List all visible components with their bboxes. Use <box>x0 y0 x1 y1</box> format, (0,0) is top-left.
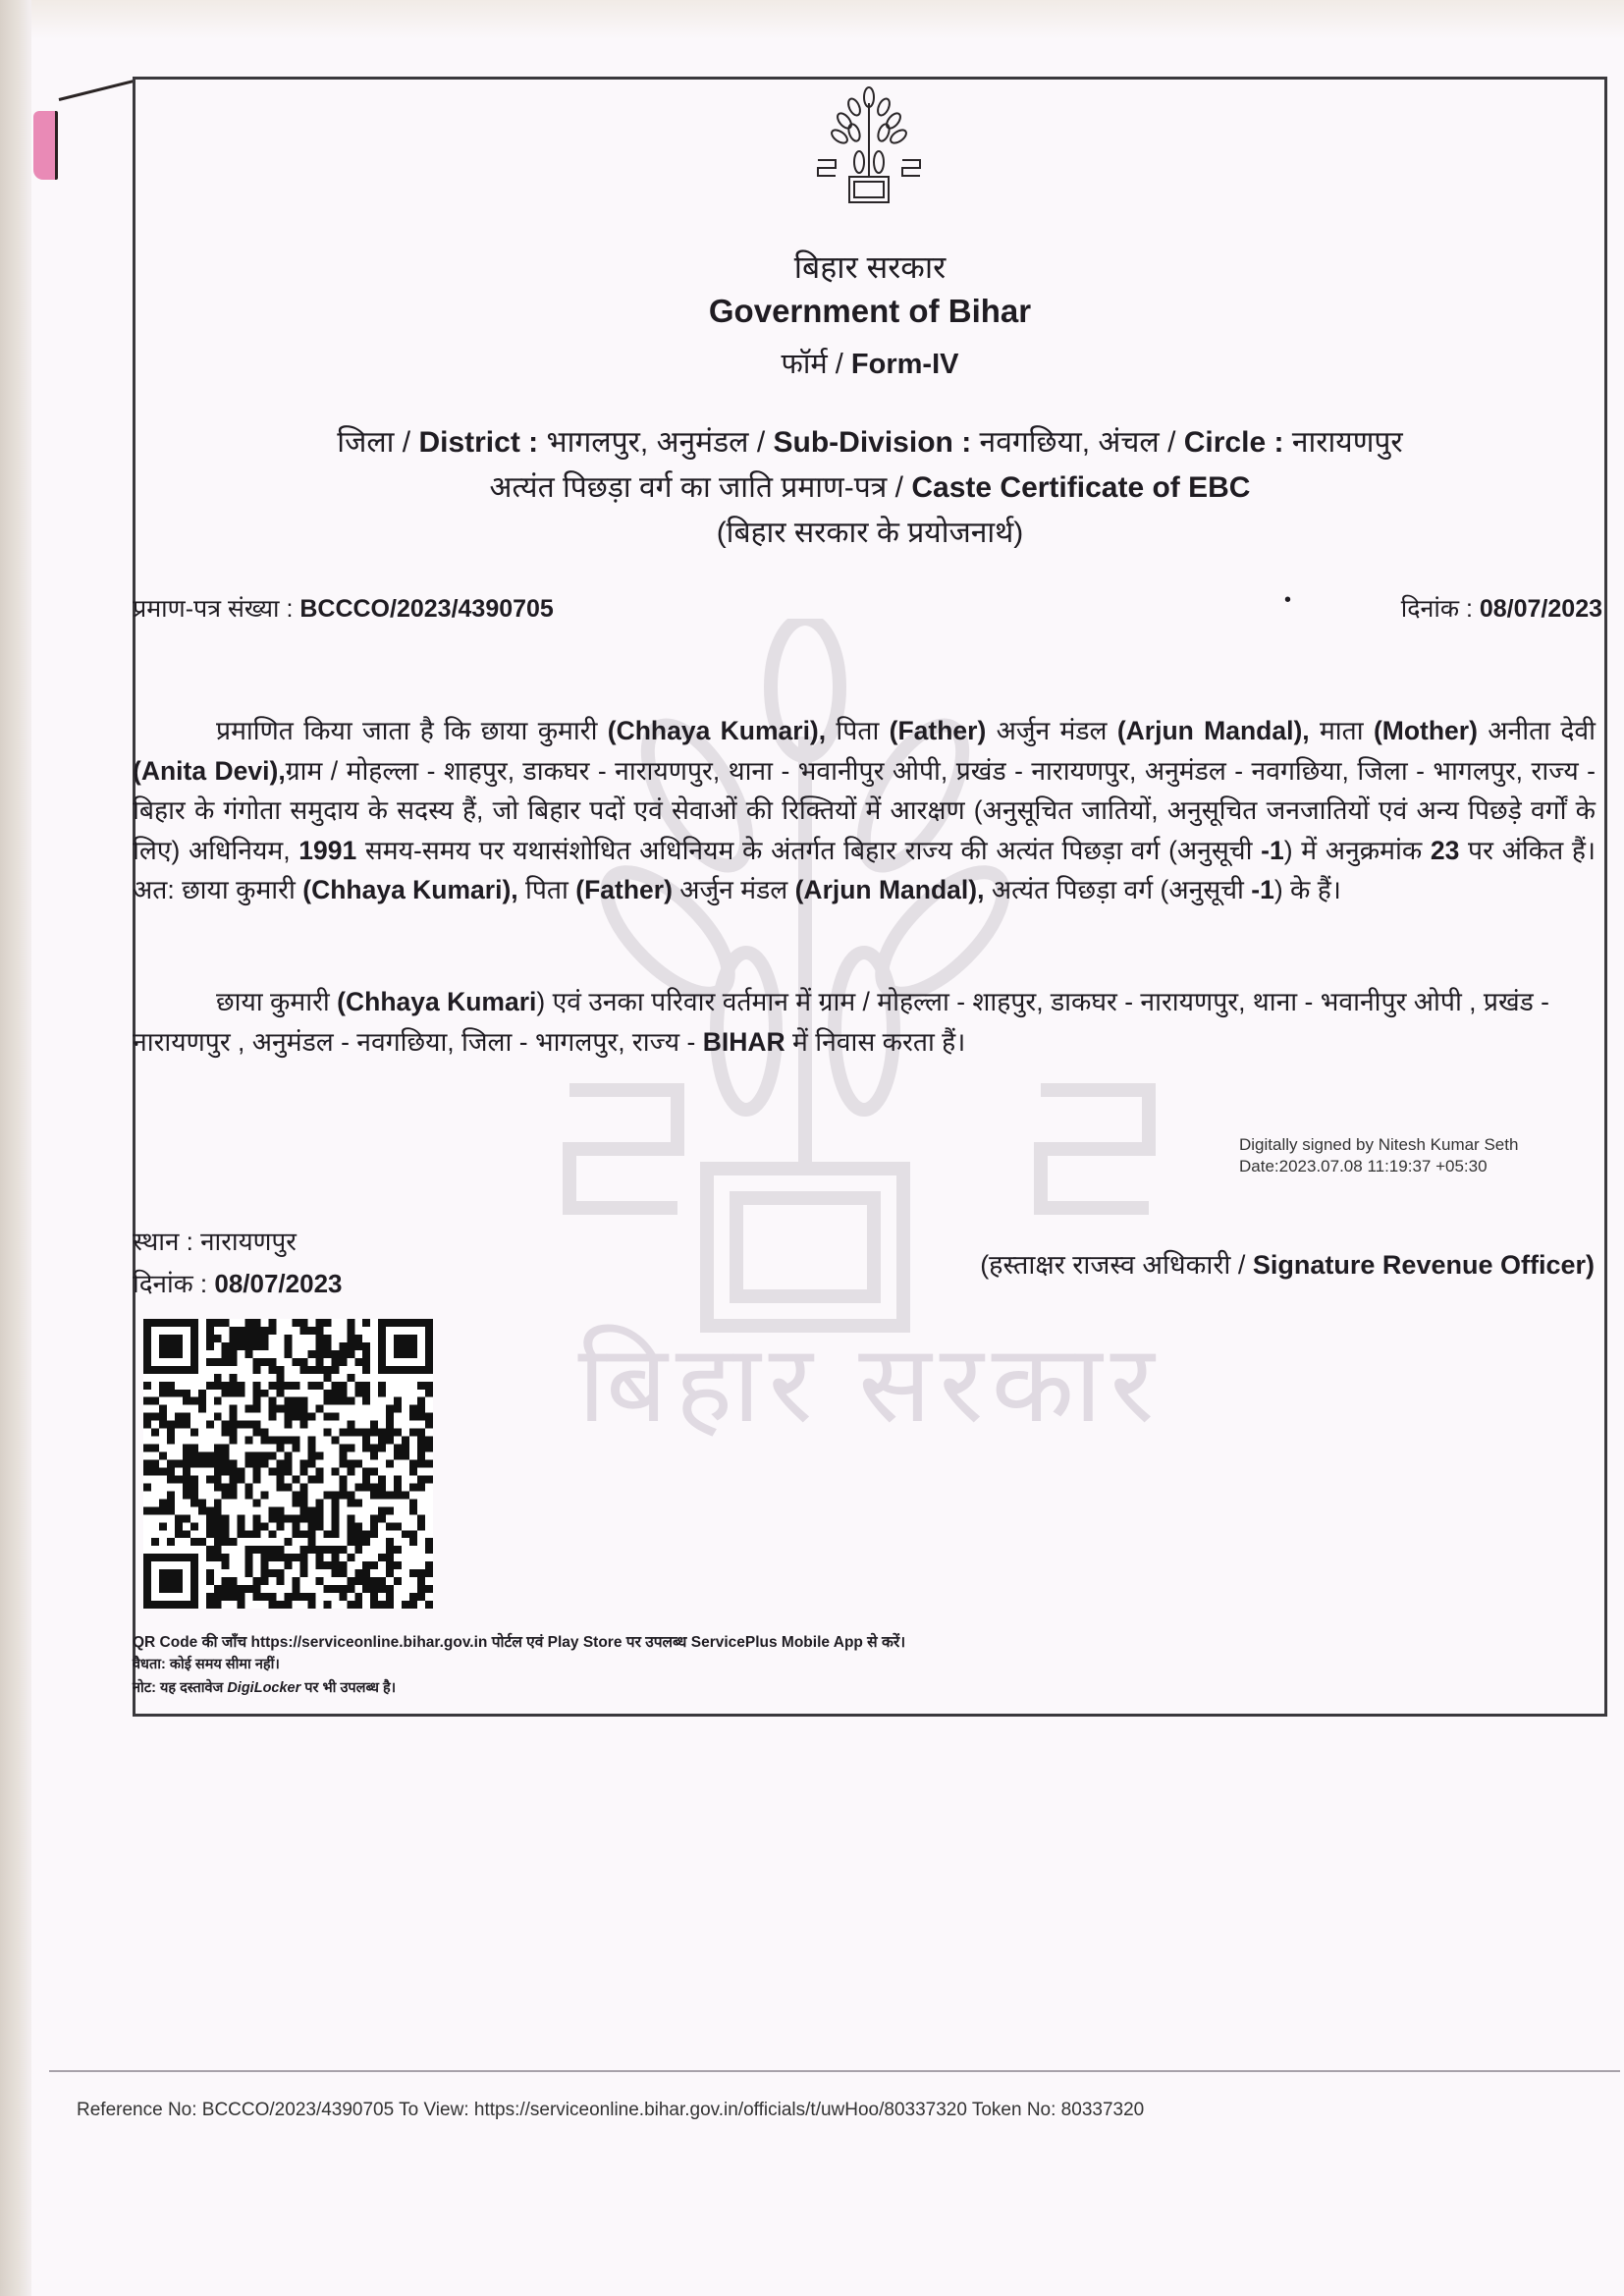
form-number: फॉर्म / Form-IV <box>133 344 1607 382</box>
digilocker-note-text: पर भी उपलब्ध है। <box>300 1680 396 1696</box>
digital-signature-block: Digitally signed by Nitesh Kumar Seth Da… <box>1239 1134 1518 1177</box>
subdivision-value: नवगछिया, <box>980 426 1091 459</box>
certificate-number: प्रमाण-पत्र संख्या : BCCCO/2023/4390705 <box>133 591 554 625</box>
emphasis-text: (Arjun Mandal), <box>795 875 985 904</box>
digilocker-note: नोट: यह दस्तावेज DigiLocker पर भी उपलब्ध… <box>133 1677 396 1697</box>
issue-place: स्थान : नारायणपुर <box>133 1223 297 1258</box>
emphasis-text: (Father) <box>575 875 673 904</box>
emphasis-text: (Chhaya Kumari), <box>608 716 826 745</box>
reference-line: Reference No: BCCCO/2023/4390705 To View… <box>77 2100 1144 2121</box>
certificate-date-label: दिनांक : <box>1401 595 1473 623</box>
certificate-number-value: BCCCO/2023/4390705 <box>299 595 554 623</box>
signed-by: Digitally signed by Nitesh Kumar Seth <box>1239 1134 1518 1156</box>
certificate-title-english: Caste Certificate of EBC <box>911 471 1250 504</box>
body-text: प्रमाणित किया जाता है कि छाया कुमारी <box>216 716 608 745</box>
body-text: अनीता देवी <box>1478 716 1596 745</box>
residence-paragraph: छाया कुमारी (Chhaya Kumari) एवं उनका परि… <box>133 982 1596 1062</box>
certificate-date: दिनांक : 08/07/2023 <box>1401 591 1602 625</box>
emphasis-text: BIHAR <box>703 1027 785 1057</box>
pink-flag-tab <box>33 111 58 180</box>
issue-place-label: स्थान : <box>133 1227 193 1256</box>
qr-verify-note: QR Code की जाँच https://serviceonline.bi… <box>133 1630 905 1652</box>
emphasis-text: (Chhaya Kumari <box>337 987 536 1016</box>
header-title-hindi: बिहार सरकार <box>133 246 1607 288</box>
body-text: छाया कुमारी <box>216 987 337 1016</box>
qr-note-prefix: QR Code <box>133 1634 197 1651</box>
certificate-number-label: प्रमाण-पत्र संख्या : <box>133 595 293 623</box>
body-text: समय-समय पर यथासंशोधित अधिनियम के अंतर्गत… <box>356 836 1261 865</box>
qr-note-text: की जाँच <box>197 1634 250 1651</box>
circle-label-hi: अंचल <box>1098 426 1159 459</box>
verify-portal-link[interactable]: https://serviceonline.bihar.gov.in <box>251 1634 488 1651</box>
staple-mark <box>59 80 135 101</box>
body-text: अर्जुन मंडल <box>673 875 795 904</box>
body-text: में निवास करता हैं। <box>785 1027 966 1057</box>
form-label-english: Form-IV <box>851 349 959 380</box>
subdivision-label-en: Sub-Division <box>774 426 953 459</box>
qr-note-app: ServicePlus Mobile App <box>691 1634 863 1651</box>
qr-note-text: पोर्टल एवं <box>487 1634 547 1651</box>
paper-fold-shadow <box>31 0 1624 39</box>
emphasis-text: (Mother) <box>1374 716 1478 745</box>
body-text: अत्यंत पिछड़ा वर्ग (अनुसूची <box>984 875 1251 904</box>
qr-code-icon[interactable] <box>143 1319 433 1609</box>
certificate-purpose: (बिहार सरकार के प्रयोजनार्थ) <box>133 511 1607 551</box>
qr-note-text: से करें। <box>863 1634 905 1651</box>
emphasis-text: -1 <box>1261 836 1284 865</box>
signature-title: (हस्ताक्षर राजस्व अधिकारी / Signature Re… <box>980 1245 1595 1282</box>
digilocker-note-text: नोट: यह दस्तावेज <box>133 1680 227 1696</box>
signed-date: Date:2023.07.08 11:19:37 +05:30 <box>1239 1156 1518 1177</box>
circle-value: नारायणपुर <box>1292 426 1403 459</box>
signature-title-english: Signature Revenue Officer) <box>1253 1250 1595 1280</box>
body-text: अर्जुन मंडल <box>986 716 1117 745</box>
certificate-title: अत्यंत पिछड़ा वर्ग का जाति प्रमाण-पत्र /… <box>133 465 1607 506</box>
issue-date-label: दिनांक : <box>133 1269 207 1298</box>
certificate-title-hindi: अत्यंत पिछड़ा वर्ग का जाति प्रमाण-पत्र <box>490 471 888 504</box>
emphasis-text: (Chhaya Kumari), <box>302 875 517 904</box>
qr-note-store: Play Store <box>548 1634 623 1651</box>
emphasis-text: 23 <box>1431 836 1459 865</box>
certificate-date-value: 08/07/2023 <box>1480 595 1602 623</box>
emphasis-text: -1 <box>1251 875 1274 904</box>
body-text: पिता <box>826 716 890 745</box>
emphasis-text: 1991 <box>298 836 356 865</box>
body-text: पिता <box>518 875 576 904</box>
body-text: ) के हैं। <box>1274 875 1341 904</box>
qr-note-text: पर उपलब्ध <box>622 1634 690 1651</box>
header-title-english: Government of Bihar <box>133 293 1607 330</box>
validity-note: वैधता: कोई समय सीमा नहीं। <box>133 1654 280 1673</box>
footer-divider <box>49 2070 1620 2072</box>
form-label-hindi: फॉर्म <box>782 349 828 380</box>
issue-date: दिनांक : 08/07/2023 <box>133 1265 343 1300</box>
certification-paragraph: प्रमाणित किया जाता है कि छाया कुमारी (Ch… <box>133 711 1596 910</box>
scanned-page-edge <box>0 0 31 2296</box>
issue-date-value: 08/07/2023 <box>214 1269 342 1298</box>
location-line: जिला / District : भागलपुर, अनुमंडल / Sub… <box>133 420 1607 461</box>
subdivision-label-hi: अनुमंडल <box>657 426 749 459</box>
district-value: भागलपुर, <box>547 426 649 459</box>
circle-label-en: Circle <box>1184 426 1266 459</box>
bihar-emblem-icon <box>810 83 928 206</box>
district-label-en: District <box>418 426 519 459</box>
stray-dot: • <box>1284 589 1291 612</box>
emphasis-text: (Anita Devi), <box>133 756 286 786</box>
digilocker-brand: DigiLocker <box>227 1680 300 1696</box>
signature-title-hindi: (हस्ताक्षर राजस्व अधिकारी / <box>980 1250 1245 1280</box>
emphasis-text: (Arjun Mandal), <box>1117 716 1310 745</box>
issue-place-value: नारायणपुर <box>200 1227 297 1256</box>
body-text: माता <box>1310 716 1374 745</box>
emphasis-text: (Father) <box>890 716 987 745</box>
body-text: ) में अनुक्रमांक <box>1284 836 1431 865</box>
district-label-hi: जिला <box>337 426 394 459</box>
